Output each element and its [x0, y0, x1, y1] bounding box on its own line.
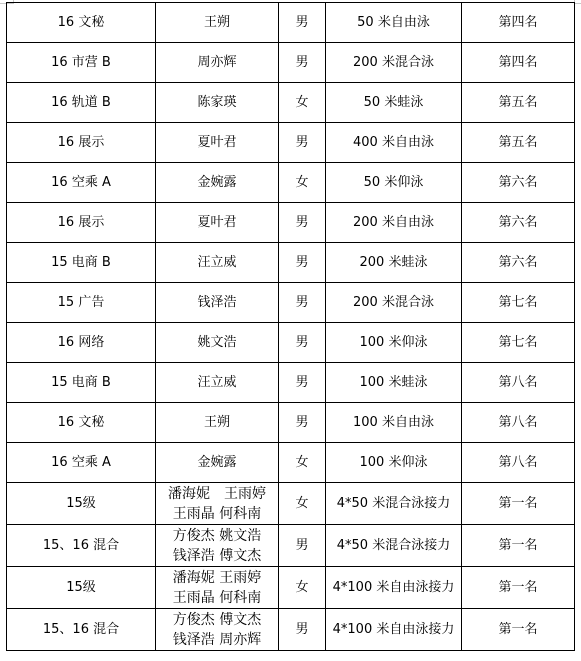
relay-names-line: 方俊杰 傅文杰 — [156, 610, 278, 630]
gender-cell: 男 — [279, 203, 326, 243]
class-cell: 16 文秘 — [7, 3, 156, 43]
name-cell: 金婉露 — [156, 163, 279, 203]
gender-cell: 男 — [279, 3, 326, 43]
event-cell: 100 米自由泳 — [326, 403, 462, 443]
gender-cell: 男 — [279, 323, 326, 363]
rank-cell: 第一名 — [462, 525, 575, 567]
relay-names-line: 方俊杰 姚文浩 — [156, 526, 278, 546]
event-cell: 50 米自由泳 — [326, 3, 462, 43]
relay-row: 15级 潘海妮 王雨婷 王雨晶 何科南 女 4*50 米混合泳接力 第一名 — [7, 483, 575, 525]
name-cell: 王朔 — [156, 403, 279, 443]
relay-names-line: 潘海妮 王雨婷 — [156, 568, 278, 588]
table-row: 16 空乘 A 金婉露 女 50 米仰泳 第六名 — [7, 163, 575, 203]
event-cell: 50 米仰泳 — [326, 163, 462, 203]
class-cell: 16 空乘 A — [7, 443, 156, 483]
gender-cell: 男 — [279, 363, 326, 403]
relay-names-line: 钱泽浩 周亦辉 — [156, 630, 278, 650]
class-cell: 15 广告 — [7, 283, 156, 323]
name-cell: 汪立威 — [156, 243, 279, 283]
relay-names-line: 王雨晶 何科南 — [156, 588, 278, 608]
event-cell: 200 米蛙泳 — [326, 243, 462, 283]
rank-cell: 第四名 — [462, 3, 575, 43]
event-cell: 4*100 米自由泳接力 — [326, 567, 462, 609]
event-cell: 4*100 米自由泳接力 — [326, 609, 462, 651]
gender-cell: 男 — [279, 243, 326, 283]
relay-names-cell: 方俊杰 傅文杰 钱泽浩 周亦辉 — [156, 609, 279, 651]
class-cell: 16 文秘 — [7, 403, 156, 443]
rank-cell: 第八名 — [462, 363, 575, 403]
gender-cell: 男 — [279, 123, 326, 163]
table-row: 16 文秘 王朔 男 50 米自由泳 第四名 — [7, 3, 575, 43]
relay-row: 15级 潘海妮 王雨婷 王雨晶 何科南 女 4*100 米自由泳接力 第一名 — [7, 567, 575, 609]
relay-names-line: 王雨晶 何科南 — [156, 504, 278, 524]
class-cell: 16 网络 — [7, 323, 156, 363]
event-cell: 100 米蛙泳 — [326, 363, 462, 403]
rank-cell: 第六名 — [462, 243, 575, 283]
name-cell: 陈家瑛 — [156, 83, 279, 123]
table-row: 16 市营 B 周亦辉 男 200 米混合泳 第四名 — [7, 43, 575, 83]
rank-cell: 第五名 — [462, 83, 575, 123]
relay-names-line: 钱泽浩 傅文杰 — [156, 546, 278, 566]
event-cell: 200 米自由泳 — [326, 203, 462, 243]
gender-cell: 女 — [279, 83, 326, 123]
rank-cell: 第一名 — [462, 567, 575, 609]
event-cell: 4*50 米混合泳接力 — [326, 483, 462, 525]
gender-cell: 男 — [279, 525, 326, 567]
class-cell: 16 市营 B — [7, 43, 156, 83]
class-cell: 16 空乘 A — [7, 163, 156, 203]
rank-cell: 第六名 — [462, 203, 575, 243]
name-cell: 夏叶君 — [156, 123, 279, 163]
class-cell: 16 展示 — [7, 123, 156, 163]
name-cell: 王朔 — [156, 3, 279, 43]
table-row: 15 电商 B 汪立威 男 100 米蛙泳 第八名 — [7, 363, 575, 403]
table-row: 16 空乘 A 金婉露 女 100 米仰泳 第八名 — [7, 443, 575, 483]
gender-cell: 女 — [279, 443, 326, 483]
relay-names-cell: 潘海妮 王雨婷 王雨晶 何科南 — [156, 567, 279, 609]
class-cell: 15级 — [7, 567, 156, 609]
rank-cell: 第四名 — [462, 43, 575, 83]
event-cell: 400 米自由泳 — [326, 123, 462, 163]
event-cell: 200 米混合泳 — [326, 283, 462, 323]
name-cell: 夏叶君 — [156, 203, 279, 243]
name-cell: 金婉露 — [156, 443, 279, 483]
event-cell: 100 米仰泳 — [326, 443, 462, 483]
class-cell: 15 电商 B — [7, 363, 156, 403]
gender-cell: 男 — [279, 609, 326, 651]
rank-cell: 第七名 — [462, 323, 575, 363]
page-corner-mark-right — [574, 0, 581, 4]
table-row: 15 广告 钱泽浩 男 200 米混合泳 第七名 — [7, 283, 575, 323]
table-row: 16 文秘 王朔 男 100 米自由泳 第八名 — [7, 403, 575, 443]
name-cell: 姚文浩 — [156, 323, 279, 363]
rank-cell: 第一名 — [462, 609, 575, 651]
rank-cell: 第八名 — [462, 403, 575, 443]
rank-cell: 第一名 — [462, 483, 575, 525]
relay-names-cell: 潘海妮 王雨婷 王雨晶 何科南 — [156, 483, 279, 525]
table-row: 16 轨道 B 陈家瑛 女 50 米蛙泳 第五名 — [7, 83, 575, 123]
rank-cell: 第八名 — [462, 443, 575, 483]
rank-cell: 第六名 — [462, 163, 575, 203]
class-cell: 15、16 混合 — [7, 525, 156, 567]
gender-cell: 男 — [279, 43, 326, 83]
gender-cell: 女 — [279, 483, 326, 525]
gender-cell: 男 — [279, 283, 326, 323]
name-cell: 周亦辉 — [156, 43, 279, 83]
name-cell: 汪立威 — [156, 363, 279, 403]
event-cell: 50 米蛙泳 — [326, 83, 462, 123]
class-cell: 15 电商 B — [7, 243, 156, 283]
event-cell: 4*50 米混合泳接力 — [326, 525, 462, 567]
rank-cell: 第七名 — [462, 283, 575, 323]
class-cell: 15级 — [7, 483, 156, 525]
table-row: 16 网络 姚文浩 男 100 米仰泳 第七名 — [7, 323, 575, 363]
gender-cell: 男 — [279, 403, 326, 443]
class-cell: 16 展示 — [7, 203, 156, 243]
name-cell: 钱泽浩 — [156, 283, 279, 323]
event-cell: 200 米混合泳 — [326, 43, 462, 83]
table-row: 16 展示 夏叶君 男 400 米自由泳 第五名 — [7, 123, 575, 163]
relay-names-line: 潘海妮 王雨婷 — [156, 484, 278, 504]
table-row: 16 展示 夏叶君 男 200 米自由泳 第六名 — [7, 203, 575, 243]
class-cell: 16 轨道 B — [7, 83, 156, 123]
event-cell: 100 米仰泳 — [326, 323, 462, 363]
swimming-results-table: 16 文秘 王朔 男 50 米自由泳 第四名 16 市营 B 周亦辉 男 200… — [6, 2, 575, 651]
relay-row: 15、16 混合 方俊杰 姚文浩 钱泽浩 傅文杰 男 4*50 米混合泳接力 第… — [7, 525, 575, 567]
relay-row: 15、16 混合 方俊杰 傅文杰 钱泽浩 周亦辉 男 4*100 米自由泳接力 … — [7, 609, 575, 651]
class-cell: 15、16 混合 — [7, 609, 156, 651]
relay-names-cell: 方俊杰 姚文浩 钱泽浩 傅文杰 — [156, 525, 279, 567]
rank-cell: 第五名 — [462, 123, 575, 163]
table-row: 15 电商 B 汪立威 男 200 米蛙泳 第六名 — [7, 243, 575, 283]
gender-cell: 女 — [279, 567, 326, 609]
gender-cell: 女 — [279, 163, 326, 203]
